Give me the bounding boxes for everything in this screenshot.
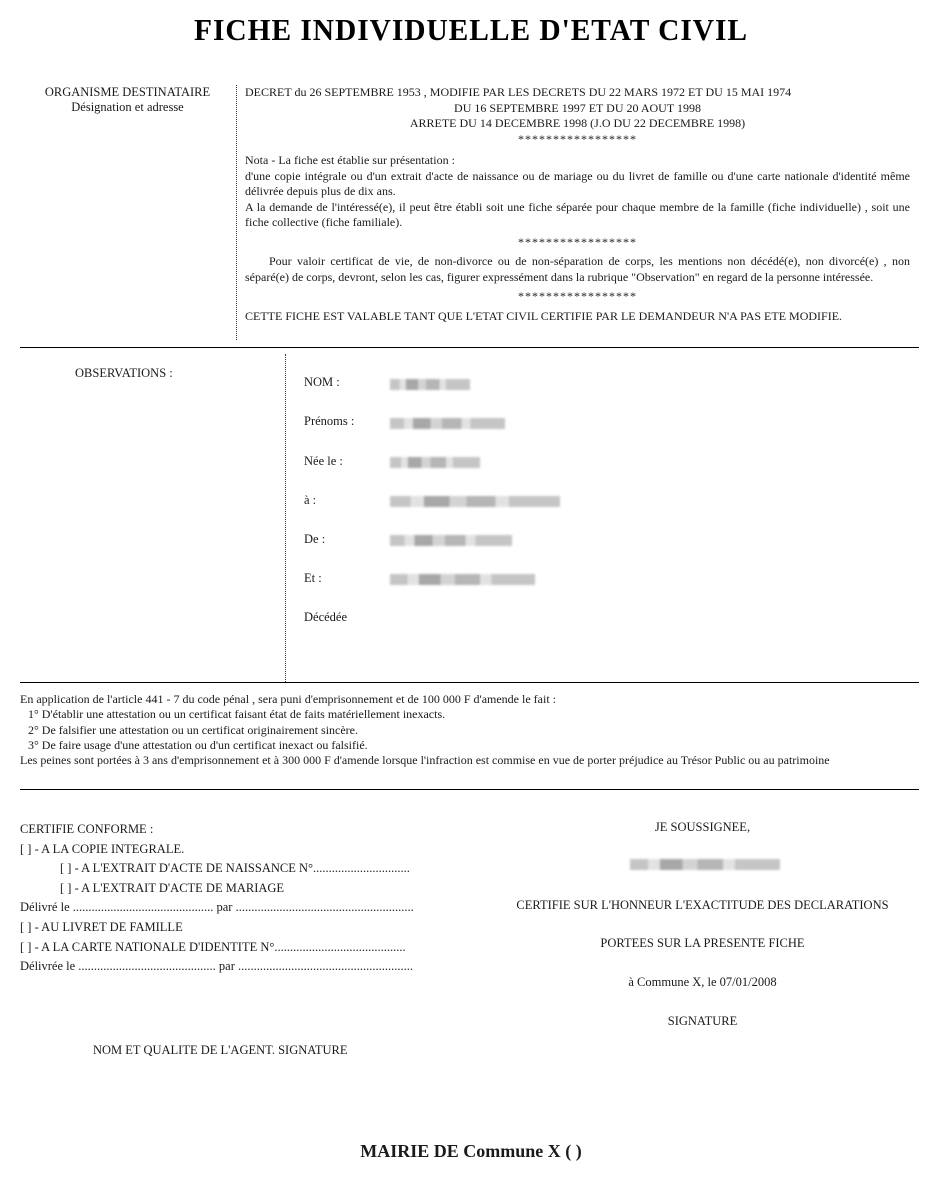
decret-block: DECRET du 26 SEPTEMBRE 1953 , MODIFIE PA… [245,85,910,324]
divider [20,682,919,683]
decret-line: DECRET du 26 SEPTEMBRE 1953 , MODIFIE PA… [245,85,910,101]
decret-line: DU 16 SEPTEMBRE 1997 ET DU 20 AOUT 1998 [245,101,910,117]
field-lieu-label: à : [304,493,316,508]
lieu-date: à Commune X, le 07/01/2008 [470,975,935,990]
dotted-divider [236,85,237,340]
checkbox-extrait-naissance[interactable]: [ ] - A L'EXTRAIT D'ACTE DE NAISSANCE N°… [20,859,460,879]
observations-label: OBSERVATIONS : [75,366,173,381]
stars-separator: ***************** [245,235,910,251]
nota-title: Nota - La fiche est établie sur présenta… [245,153,910,169]
field-prenoms-label: Prénoms : [304,414,354,429]
signature-label: SIGNATURE [470,1014,935,1029]
decret-line: ARRETE DU 14 DECEMBRE 1998 (J.O DU 22 DE… [245,116,910,132]
certifie-title: CERTIFIE CONFORME : [20,820,460,840]
certificat-text: Pour valoir certificat de vie, de non-di… [245,254,910,285]
divider [20,789,919,790]
checkbox-extrait-mariage[interactable]: [ ] - A L'EXTRAIT D'ACTE DE MARIAGE [20,879,460,899]
validite-text: CETTE FICHE EST VALABLE TANT QUE L'ETAT … [245,309,910,325]
field-de-label: De : [304,532,325,547]
field-nee-le-label: Née le : [304,454,343,469]
stars-separator: ***************** [245,132,910,148]
delivree-field[interactable]: Délivrée le ............................… [20,957,460,977]
certifie-honneur: CERTIFIE SUR L'HONNEUR L'EXACTITUDE DES … [470,898,935,913]
checkbox-livret-famille[interactable]: [ ] - AU LIVRET DE FAMILLE [20,918,460,938]
portees-text: PORTEES SUR LA PRESENTE FICHE [470,936,935,951]
penal-item: 1° D'établir une attestation ou un certi… [20,707,920,722]
dotted-divider [285,354,286,682]
penal-item: 3° De faire usage d'une attestation ou d… [20,738,920,753]
field-lieu-value [390,496,560,507]
checkbox-carte-identite[interactable]: [ ] - A LA CARTE NATIONALE D'IDENTITE N°… [20,938,460,958]
soussignee-label: JE SOUSSIGNEE, [470,820,935,835]
delivre-field[interactable]: Délivré le .............................… [20,898,460,918]
field-nee-le-value [390,457,480,468]
nota-body: d'une copie intégrale ou d'un extrait d'… [245,169,910,200]
penal-outro: Les peines sont portées à 3 ans d'empris… [20,753,920,768]
declarant-name [630,859,780,870]
field-decedee-label: Décédée [304,610,347,625]
organisme-label: ORGANISME DESTINATAIRE [20,85,235,100]
certifie-conforme-block: CERTIFIE CONFORME : [ ] - A LA COPIE INT… [20,820,460,977]
penal-intro: En application de l'article 441 - 7 du c… [20,692,920,707]
field-nom-value [390,379,470,390]
penal-item: 2° De falsifier une attestation ou un ce… [20,723,920,738]
mairie-footer: MAIRIE DE Commune X ( ) [0,1141,942,1162]
field-prenoms-value [390,418,505,429]
field-de-value [390,535,512,546]
agent-signature-label: NOM ET QUALITE DE L'AGENT. SIGNATURE [93,1043,348,1058]
checkbox-copie-integrale[interactable]: [ ] - A LA COPIE INTEGRALE. [20,840,460,860]
page-title: FICHE INDIVIDUELLE D'ETAT CIVIL [24,12,919,48]
field-et-value [390,574,535,585]
field-et-label: Et : [304,571,322,586]
penal-notice: En application de l'article 441 - 7 du c… [20,692,920,768]
stars-separator: ***************** [245,289,910,305]
nota-demande: A la demande de l'intéressé(e), il peut … [245,200,910,231]
organisme-destinataire: ORGANISME DESTINATAIRE Désignation et ad… [20,85,235,115]
divider [20,347,919,348]
field-nom-label: NOM : [304,375,340,390]
organisme-sublabel: Désignation et adresse [20,100,235,115]
